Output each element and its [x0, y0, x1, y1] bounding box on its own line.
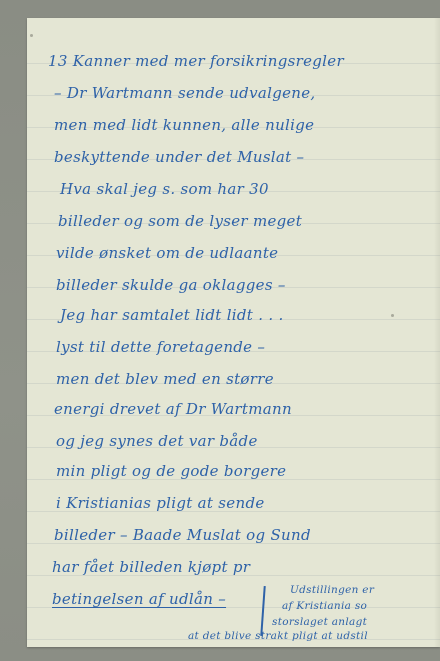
handwritten-line-12: energi drevet af Dr Wartmann: [54, 400, 292, 418]
handwritten-line-8: billeder skulde ga oklagges –: [56, 276, 286, 294]
paper-speck: [391, 314, 394, 317]
handwritten-line-1: 13 Kanner med mer forsikringsregler: [48, 52, 344, 70]
handwritten-line-4: beskyttende under det Muslat –: [54, 148, 304, 166]
manuscript-page: [27, 18, 440, 647]
handwritten-line-10: lyst til dette foretagende –: [56, 338, 265, 356]
handwritten-line-13: og jeg synes det var både: [56, 432, 258, 450]
handwritten-line-5: Hva skal jeg s. som har 30: [60, 180, 269, 198]
paper-speck: [30, 34, 33, 37]
paper-edge: [434, 18, 440, 647]
handwritten-line-9: Jeg har samtalet lidt lidt . . .: [60, 306, 284, 324]
handwritten-line-14: min pligt og de gode borgere: [56, 462, 286, 480]
margin-note-line-1: Udstillingen er: [290, 584, 374, 596]
handwritten-line-6: billeder og som de lyser meget: [58, 212, 302, 230]
handwritten-line-15: i Kristianias pligt at sende: [56, 494, 265, 512]
handwritten-line-17: har fået billeden kjøpt pr: [52, 558, 250, 576]
handwritten-line-2: – Dr Wartmann sende udvalgene,: [54, 84, 316, 102]
handwritten-line-7: vilde ønsket om de udlaante: [56, 244, 278, 262]
handwritten-line-11: men det blev med en større: [56, 370, 274, 388]
margin-note-line-2: af Kristiania so: [282, 600, 367, 612]
margin-note-line-3: storslaget anlagt: [272, 616, 367, 628]
handwritten-line-3: men med lidt kunnen, alle nulige: [54, 116, 314, 134]
handwritten-line-16: billeder – Baade Muslat og Sund: [54, 526, 311, 544]
handwritten-line-18-underlined: betingelsen af udlån –: [52, 590, 226, 608]
margin-note-line-4: at det blive strakt pligt at udstil: [188, 630, 368, 642]
